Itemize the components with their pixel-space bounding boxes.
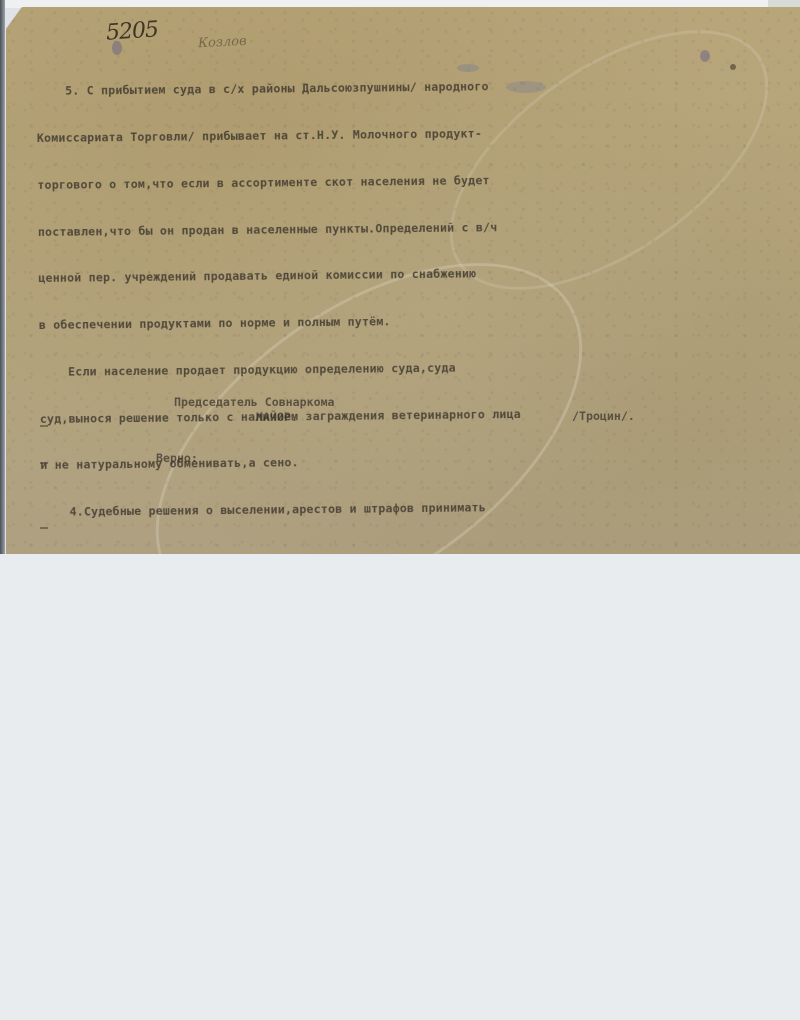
text-line: и т.полным выполнением. [41, 545, 731, 554]
text-line: Комиссариата Торговли/ прибывает на ст.Н… [37, 124, 727, 147]
text-line: ценной пер. учреждений продавать единой … [38, 264, 728, 287]
scanner-edge-left [0, 0, 5, 554]
margin-mark [40, 462, 48, 464]
signatory-title: Председатель Совнаркома [174, 395, 335, 409]
text-line: и не натуральному обменивать,а сено. [40, 451, 730, 474]
signatory-rank: МАЙОР. [256, 410, 298, 424]
archive-number: 5205 [105, 17, 159, 46]
margin-mark [40, 527, 48, 529]
text-line: поставлен,что бы он продан в населенные … [38, 217, 728, 240]
text-line: в обеспечении продуктами по норме и полн… [39, 311, 729, 334]
text-line: Если население продает продукцию определ… [39, 358, 729, 381]
handwritten-note: Козлов [198, 34, 247, 52]
scanner-edge-top [5, 0, 800, 8]
text-line: 5. С прибытием суда в с/х районы Дальсою… [36, 77, 726, 100]
signatory-name: /Троцин/. [572, 409, 635, 423]
text-line: торгового о том,что если в ассортименте … [37, 171, 727, 194]
text-line: 4.Судебные решения о выселении,арестов и… [41, 498, 731, 521]
document-page: 5205 Козлов 5. С прибытием суда в с/х ра… [6, 7, 800, 554]
scanned-document-viewport: 5205 Козлов 5. С прибытием суда в с/х ра… [0, 0, 800, 554]
ink-stain [730, 64, 736, 70]
certification-label: Верно: [156, 451, 198, 465]
margin-mark [40, 425, 48, 427]
document-body: 5. С прибытием суда в с/х районы Дальсою… [36, 46, 736, 554]
